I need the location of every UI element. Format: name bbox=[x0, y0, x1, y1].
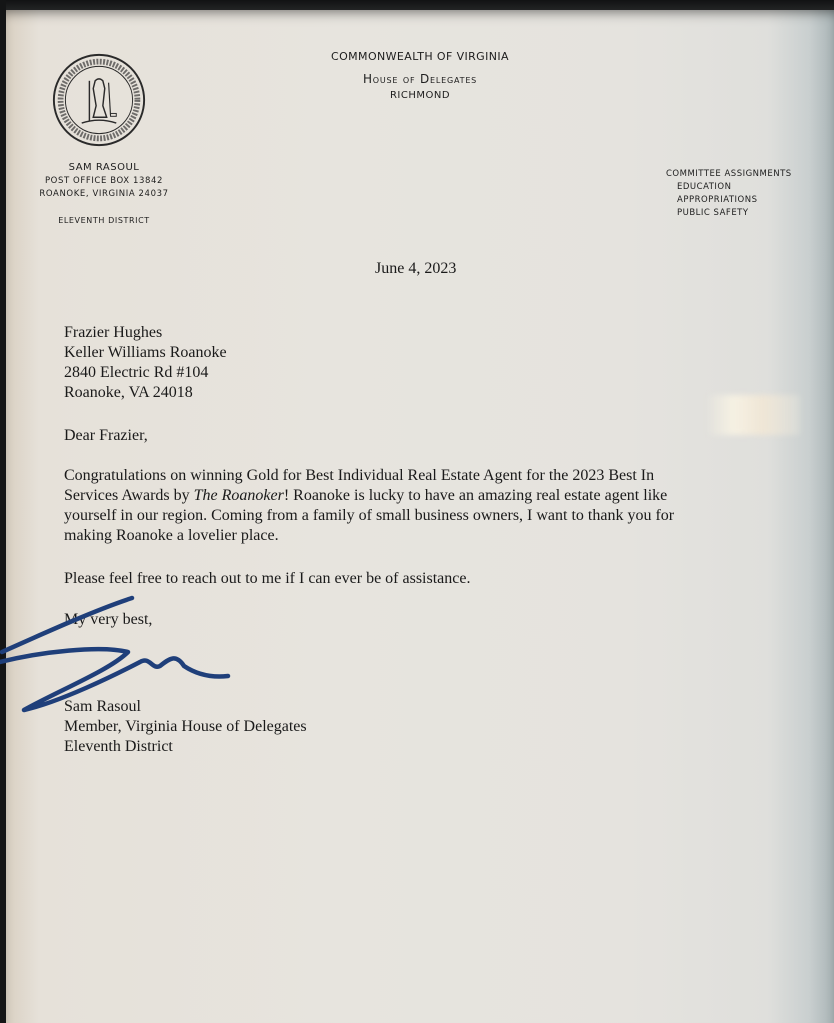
letter-date: June 4, 2023 bbox=[375, 259, 456, 279]
recipient-line: Roanoke, VA 24018 bbox=[64, 383, 227, 403]
body-paragraph-1: Congratulations on winning Gold for Best… bbox=[64, 466, 804, 546]
committee-assignments: COMMITTEE ASSIGNMENTS EDUCATION APPROPRI… bbox=[666, 168, 792, 220]
handwritten-signature-icon bbox=[0, 590, 240, 720]
committee-heading: COMMITTEE ASSIGNMENTS bbox=[666, 168, 792, 181]
paragraph-line: yourself in our region. Coming from a fa… bbox=[64, 506, 804, 526]
paragraph-line: Services Awards by The Roanoker! Roanoke… bbox=[64, 486, 804, 506]
signatory-line: Member, Virginia House of Delegates bbox=[64, 717, 307, 737]
light-glare bbox=[705, 395, 800, 435]
signatory-line: Eleventh District bbox=[64, 737, 307, 757]
recipient-address: Frazier Hughes Keller Williams Roanoke 2… bbox=[64, 323, 227, 403]
publication-name: The Roanoker bbox=[194, 487, 284, 504]
paragraph-line: Congratulations on winning Gold for Best… bbox=[64, 466, 804, 486]
sender-district: ELEVENTH DISTRICT bbox=[14, 216, 194, 225]
sender-city: ROANOKE, VIRGINIA 24037 bbox=[14, 189, 194, 199]
body-paragraph-2: Please feel free to reach out to me if I… bbox=[64, 569, 470, 589]
virginia-state-seal-icon bbox=[51, 52, 147, 148]
letterhead-house-of-delegates: House of Delegates bbox=[300, 72, 540, 86]
recipient-line: 2840 Electric Rd #104 bbox=[64, 363, 227, 383]
recipient-line: Frazier Hughes bbox=[64, 323, 227, 343]
sender-po-box: POST OFFICE BOX 13842 bbox=[14, 176, 194, 186]
letterhead-richmond: RICHMOND bbox=[300, 90, 540, 101]
paragraph-text: ! Roanoke is lucky to have an amazing re… bbox=[284, 487, 667, 504]
letterhead-commonwealth: COMMONWEALTH OF VIRGINIA bbox=[300, 50, 540, 63]
committee-item: EDUCATION bbox=[666, 181, 792, 194]
committee-item: APPROPRIATIONS bbox=[666, 194, 792, 207]
sender-name: SAM RASOUL bbox=[14, 162, 194, 173]
paragraph-line: making Roanoke a lovelier place. bbox=[64, 526, 804, 546]
paragraph-text: Services Awards by bbox=[64, 487, 194, 504]
recipient-line: Keller Williams Roanoke bbox=[64, 343, 227, 363]
committee-item: PUBLIC SAFETY bbox=[666, 207, 792, 220]
greeting: Dear Frazier, bbox=[64, 426, 148, 446]
